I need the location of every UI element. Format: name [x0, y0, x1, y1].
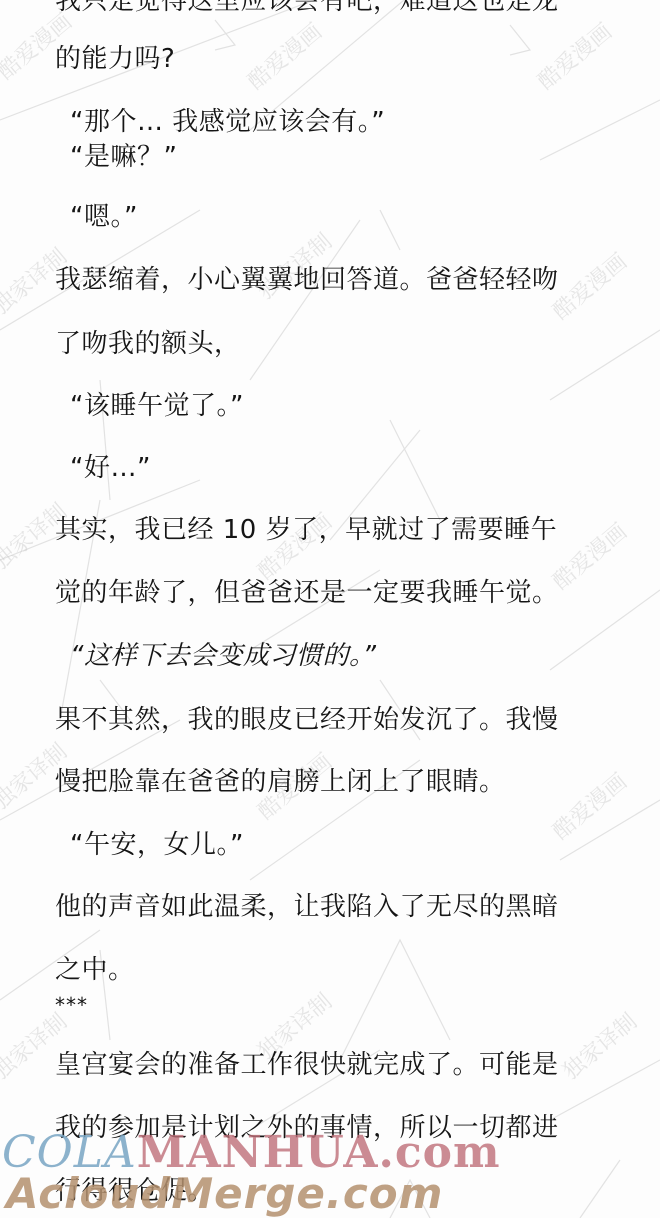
site-watermark-acloudmerge: AcloudMerge.com [6, 1170, 443, 1218]
text-line: 慢把脸靠在爸爸的肩膀上闭上了眼睛。 [55, 767, 506, 797]
dialogue-line: “那个… 我感觉应该会有。” [70, 107, 385, 137]
thought-line: “这样下去会变成习惯的。” [70, 641, 376, 671]
text-line: 我只是觉得这里应该会有吧，难道这也是龙 [55, 0, 559, 16]
text-line: 他的声音如此温柔，让我陷入了无尽的黑暗 [55, 892, 559, 922]
watermark-text: 酷爱漫画 [530, 15, 617, 95]
section-divider: *** [55, 990, 88, 1020]
text-line: 的能力吗? [55, 44, 175, 74]
text-line: 之中。 [55, 955, 135, 985]
text-line: 其实，我已经 10 岁了，早就过了需要睡午 [55, 515, 557, 545]
watermark-text: 酷爱漫画 [240, 15, 327, 95]
dialogue-line: “午安，女儿。” [70, 830, 244, 860]
triangle-watermark-pattern [0, 0, 660, 1218]
text-line: 皇宫宴会的准备工作很快就完成了。可能是 [55, 1050, 559, 1080]
dialogue-line: “是嘛？” [70, 142, 177, 172]
watermark-text: 独家译制 [555, 1005, 642, 1085]
dialogue-line: “好…” [70, 453, 151, 483]
text-line: 觉的年龄了，但爸爸还是一定要我睡午觉。 [55, 578, 559, 608]
novel-page: 酷爱漫画 酷爱漫画 酷爱漫画 独家译制 独家译制 酷爱漫画 独家译制 酷爱漫画 … [0, 0, 660, 1218]
watermark-text: 酷爱漫画 [545, 765, 632, 845]
text-line: 了吻我的额头， [55, 329, 241, 359]
dialogue-line: “嗯。” [70, 202, 138, 232]
text-line: 果不其然，我的眼皮已经开始发沉了。我慢 [55, 705, 559, 735]
dialogue-line: “该睡午觉了。” [70, 391, 244, 421]
text-line: 我瑟缩着，小心翼翼地回答道。爸爸轻轻吻 [55, 265, 559, 295]
